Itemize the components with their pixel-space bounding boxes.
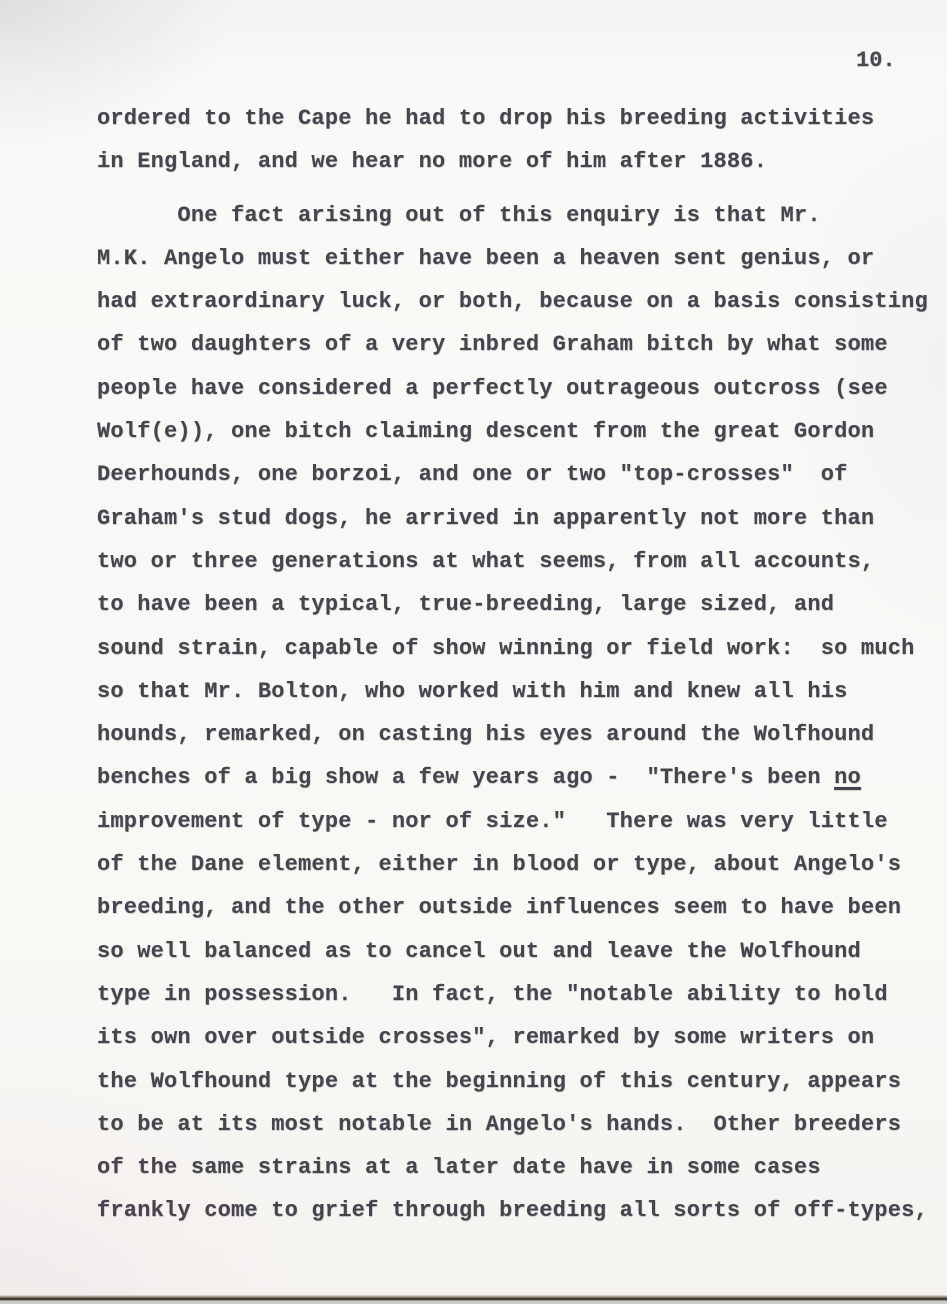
typed-line: M.K. Angelo must either have been a heav… — [97, 237, 921, 280]
typed-text-block: ordered to the Cape he had to drop his b… — [97, 97, 921, 1233]
typed-line: the Wolfhound type at the beginning of t… — [97, 1060, 921, 1103]
typed-line: of two daughters of a very inbred Graham… — [97, 323, 921, 366]
paragraph-2: One fact arising out of this enquiry is … — [97, 194, 921, 1233]
typed-line: had extraordinary luck, or both, because… — [97, 280, 921, 323]
manuscript-page: 10. ordered to the Cape he had to drop h… — [0, 0, 947, 1304]
typed-line: improvement of type - nor of size." Ther… — [97, 800, 921, 843]
typed-line: Deerhounds, one borzoi, and one or two "… — [97, 453, 921, 496]
typed-line: to be at its most notable in Angelo's ha… — [97, 1103, 921, 1146]
underlined-word: no — [834, 765, 861, 790]
typed-line-pre: benches of a big show a few years ago - … — [97, 765, 834, 790]
typed-line: sound strain, capable of show winning or… — [97, 627, 921, 670]
typed-line: Wolf(e)), one bitch claiming descent fro… — [97, 410, 921, 453]
typed-line: people have considered a perfectly outra… — [97, 367, 921, 410]
typed-line: in England, and we hear no more of him a… — [97, 140, 921, 183]
typed-line: of the same strains at a later date have… — [97, 1146, 921, 1189]
typed-line: frankly come to grief through breeding a… — [97, 1189, 921, 1232]
typed-line: breeding, and the other outside influenc… — [97, 886, 921, 929]
typed-line: ordered to the Cape he had to drop his b… — [97, 97, 921, 140]
typed-line: so that Mr. Bolton, who worked with him … — [97, 670, 921, 713]
typed-line: of the Dane element, either in blood or … — [97, 843, 921, 886]
typed-line: so well balanced as to cancel out and le… — [97, 930, 921, 973]
paragraph-1: ordered to the Cape he had to drop his b… — [97, 97, 921, 184]
typed-line: its own over outside crosses", remarked … — [97, 1016, 921, 1059]
typed-line-with-underline: benches of a big show a few years ago - … — [97, 756, 921, 799]
typed-line: One fact arising out of this enquiry is … — [97, 194, 921, 237]
typed-line: to have been a typical, true-breeding, l… — [97, 583, 921, 626]
typed-line: hounds, remarked, on casting his eyes ar… — [97, 713, 921, 756]
typed-line: two or three generations at what seems, … — [97, 540, 921, 583]
scan-bottom-edge — [0, 1295, 947, 1304]
typed-line: Graham's stud dogs, he arrived in appare… — [97, 497, 921, 540]
typed-line: type in possession. In fact, the "notabl… — [97, 973, 921, 1016]
page-number: 10. — [856, 48, 896, 73]
